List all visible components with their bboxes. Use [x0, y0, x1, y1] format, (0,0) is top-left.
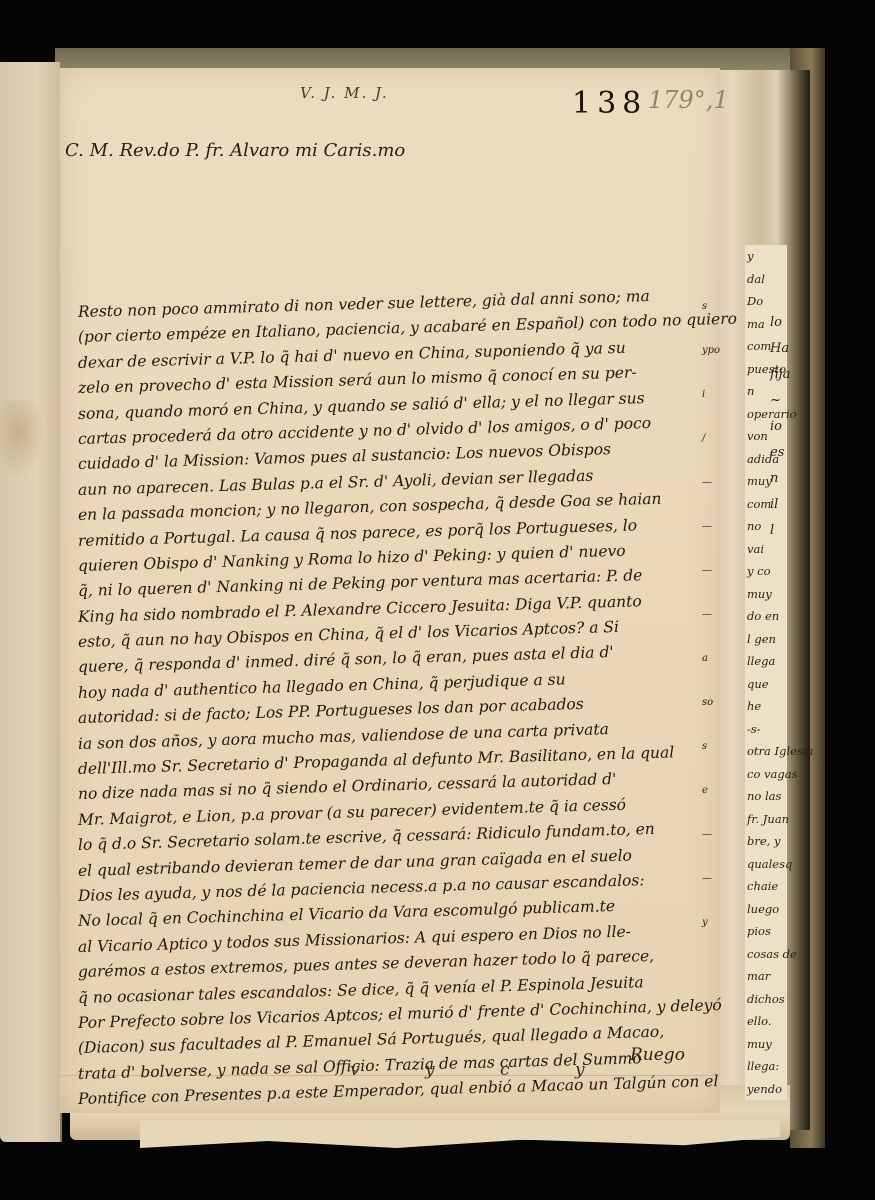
margin-fragment: ypo [702, 329, 724, 373]
margin-fragment: io [770, 414, 800, 440]
margin-fragment: — [702, 505, 724, 549]
margin-fragment: — [702, 461, 724, 505]
margin-fragment: llega: [747, 1055, 787, 1078]
margin-fragment: a [702, 637, 724, 681]
margin-fragment: y [702, 901, 724, 945]
margin-fragment: cosas de [747, 943, 787, 966]
margin-fragment: muy [747, 1033, 787, 1056]
salutation: C. M. Rev.do P. fr. Alvaro mi Caris.mo [65, 140, 405, 161]
margin-fragment: y co [747, 560, 787, 583]
margin-fragment: no las [747, 785, 787, 808]
torn-page-edge [140, 1120, 780, 1148]
margin-fragment: — [702, 857, 724, 901]
margin-fragment: llega [747, 650, 787, 673]
margin-fragment: es [770, 440, 800, 466]
margin-fragment: ello. [747, 1010, 787, 1033]
margin-fragment: do en [747, 605, 787, 628]
margin-fragment: Ha [770, 336, 800, 362]
margin-fragment: so [702, 681, 724, 725]
bottom-marks: v y c y [350, 1060, 615, 1080]
margin-fragment: dal [747, 268, 787, 291]
margin-fragment: he [747, 695, 787, 718]
margin-fragment: luego [747, 898, 787, 921]
margin-fragment: s [702, 285, 724, 329]
catchword: Ruego [630, 1045, 685, 1065]
margin-fragment: chaie [747, 875, 787, 898]
letter-body: Resto non poco ammirato di non veder sue… [78, 300, 718, 1113]
margin-fragment: -s- [747, 718, 787, 741]
folio-pencil-number: 179°,1 [648, 86, 729, 114]
margin-fragment: que [747, 673, 787, 696]
margin-fragment: qualesq [747, 853, 787, 876]
margin-fragment: fija [770, 362, 800, 388]
header-initials: V. J. M. J. [300, 84, 389, 102]
water-stain [0, 400, 45, 480]
margin-fragment: ~ [770, 388, 800, 414]
margin-fragment: l [770, 518, 800, 544]
margin-fragment: mar [747, 965, 787, 988]
binding-cover-top [55, 48, 825, 70]
margin-fragment: n [770, 466, 800, 492]
margin-fragment: otra Iglesia [747, 740, 787, 763]
margin-fragment: muy [747, 583, 787, 606]
margin-fragment: e [702, 769, 724, 813]
margin-fragment: co vagas [747, 763, 787, 786]
margin-fragment: yendo [747, 1078, 787, 1101]
margin-fragment: — [702, 549, 724, 593]
margin-fragment: — [702, 813, 724, 857]
margin-fragments-a: sypoi/————asose——y [702, 285, 724, 945]
margin-fragment: bre, y [747, 830, 787, 853]
margin-fragment: il [770, 492, 800, 518]
margin-fragment: i [702, 373, 724, 417]
margin-fragment: — [702, 593, 724, 637]
margin-fragment: dichos [747, 988, 787, 1011]
margin-fragment: l gen [747, 628, 787, 651]
margin-fragment: / [702, 417, 724, 461]
margin-fragment: fr. Juan [747, 808, 787, 831]
margin-fragment: pios [747, 920, 787, 943]
margin-fragment: s [702, 725, 724, 769]
left-facing-page [0, 62, 62, 1142]
margin-fragments-c: loHafija~ioesnill [770, 310, 800, 544]
margin-fragment: lo [770, 310, 800, 336]
margin-fragment: y [747, 245, 787, 268]
folio-number: 138 [572, 86, 647, 121]
